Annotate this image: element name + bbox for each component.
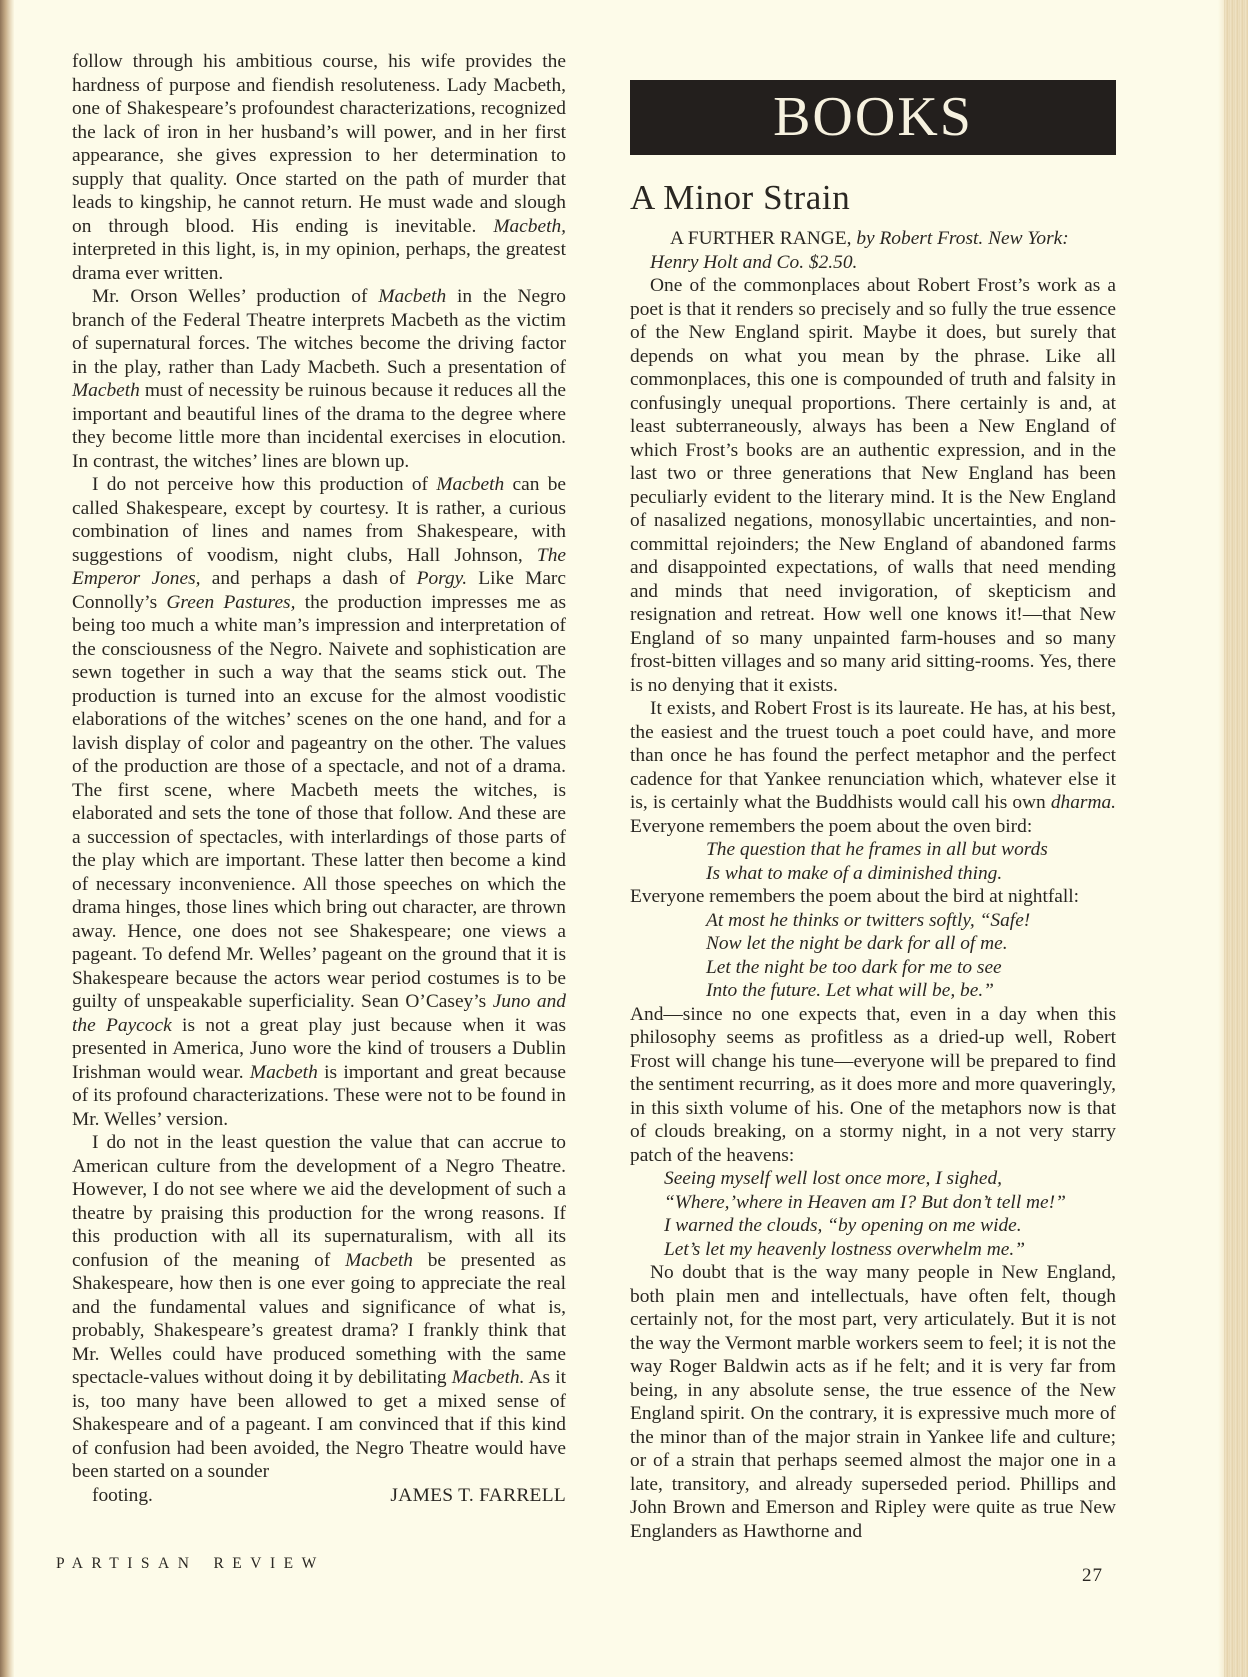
poem-line: Let’s let my heavenly lostness overwhelm… [664,1238,1116,1262]
paragraph: I do not in the least question the value… [72,1131,566,1484]
poem-line: The question that he frames in all but w… [706,838,1116,862]
review-body: One of the commonplaces about Robert Fro… [630,274,1116,1543]
italic-title: Macbeth [345,1250,413,1271]
paragraph: Everyone remembers the poem about the bi… [630,885,1116,909]
italic-title: Macbeth [436,474,504,495]
book-citation: A FURTHER RANGE, by Robert Frost. New Yo… [630,227,1116,274]
paragraph: follow through his ambitious course, his… [72,50,566,285]
text-run: the production impresses me as being too… [72,592,566,1013]
left-column-paragraphs: follow through his ambitious course, his… [72,50,566,1484]
paragraph: It exists, and Robert Frost is its laure… [630,697,1116,838]
left-column-article: follow through his ambitious course, his… [72,50,566,1507]
poem-quotation: The question that he frames in all but w… [630,838,1116,885]
magazine-name-part2: REVIEW [213,1555,324,1572]
section-banner: BOOKS [630,80,1116,155]
text-run: I do not perceive how this production of [92,474,436,495]
italic-title: Porgy. [417,568,467,589]
italic-title: Macbeth. [452,1367,525,1388]
poem-quotation: Seeing myself well lost once more, I sig… [630,1167,1116,1261]
section-banner-label: BOOKS [773,106,973,130]
last-line-text: footing. [72,1484,153,1508]
poem-line: Now let the night be dark for all of me. [706,932,1116,956]
italic-title: Macbeth [72,380,140,401]
right-column-books: BOOKS A Minor Strain A FURTHER RANGE, by… [630,80,1116,1543]
poem-line: Is what to make of a diminished thing. [706,862,1116,886]
poem-line: Into the future. Let what will be, be.” [706,979,1116,1003]
book-title: A FURTHER RANGE, [670,228,851,249]
italic-title: dharma. [1051,792,1116,813]
text-run: Everyone remembers the poem about the bi… [630,886,1079,907]
italic-title: Macbeth [250,1062,318,1083]
paragraph: And—since no one expects that, even in a… [630,1003,1116,1168]
text-run: Mr. Orson Welles’ production of [92,286,378,307]
review-title: A Minor Strain [630,177,1116,219]
text-run: And—since no one expects that, even in a… [630,1004,1116,1166]
text-run: must of necessity be ruinous be­cause it… [72,380,566,472]
text-run: One of the commonplaces about Robert Fro… [630,275,1116,696]
closing-line: footing. JAMES T. FARRELL [72,1484,566,1508]
poem-line: Seeing myself well lost once more, I sig… [664,1167,1116,1191]
page-edges [1224,0,1248,1677]
paragraph: One of the commonplaces about Robert Fro… [630,274,1116,697]
poem-line: Let the night be too dark for me to see [706,956,1116,980]
magazine-footer: PARTISANREVIEW [56,1555,325,1573]
text-run: It exists, and Robert Frost is its laure… [630,698,1116,813]
book-binding-shadow [0,0,14,1677]
text-run: Everyone remembers the poem about the ov… [630,816,1032,837]
italic-title: Macbeth, [493,216,566,237]
italic-title: Macbeth [378,286,446,307]
italic-title: Green Pastures, [166,592,295,613]
text-run: interpreted in this light, is, in my opi… [72,239,566,284]
author-signature: JAMES T. FARRELL [370,1484,566,1508]
poem-line: At most he thinks or twitters softly, “S… [706,909,1116,933]
magazine-name-part1: PARTISAN [56,1555,197,1572]
poem-line: “Where,’where in Heaven am I? But don’t … [664,1191,1116,1215]
poem-line: I warned the clouds, “by opening on me w… [664,1214,1116,1238]
paragraph: I do not perceive how this production of… [72,473,566,1131]
text-run: No doubt that is the way many people in … [630,1262,1116,1542]
paragraph: Mr. Orson Welles’ production of Macbeth … [72,285,566,473]
text-run: follow through his ambitious course, his… [72,51,566,237]
poem-quotation: At most he thinks or twitters softly, “S… [630,909,1116,1003]
page-number: 27 [1082,1565,1103,1587]
paragraph: No doubt that is the way many people in … [630,1261,1116,1543]
text-run: and perhaps a dash of [200,568,416,589]
